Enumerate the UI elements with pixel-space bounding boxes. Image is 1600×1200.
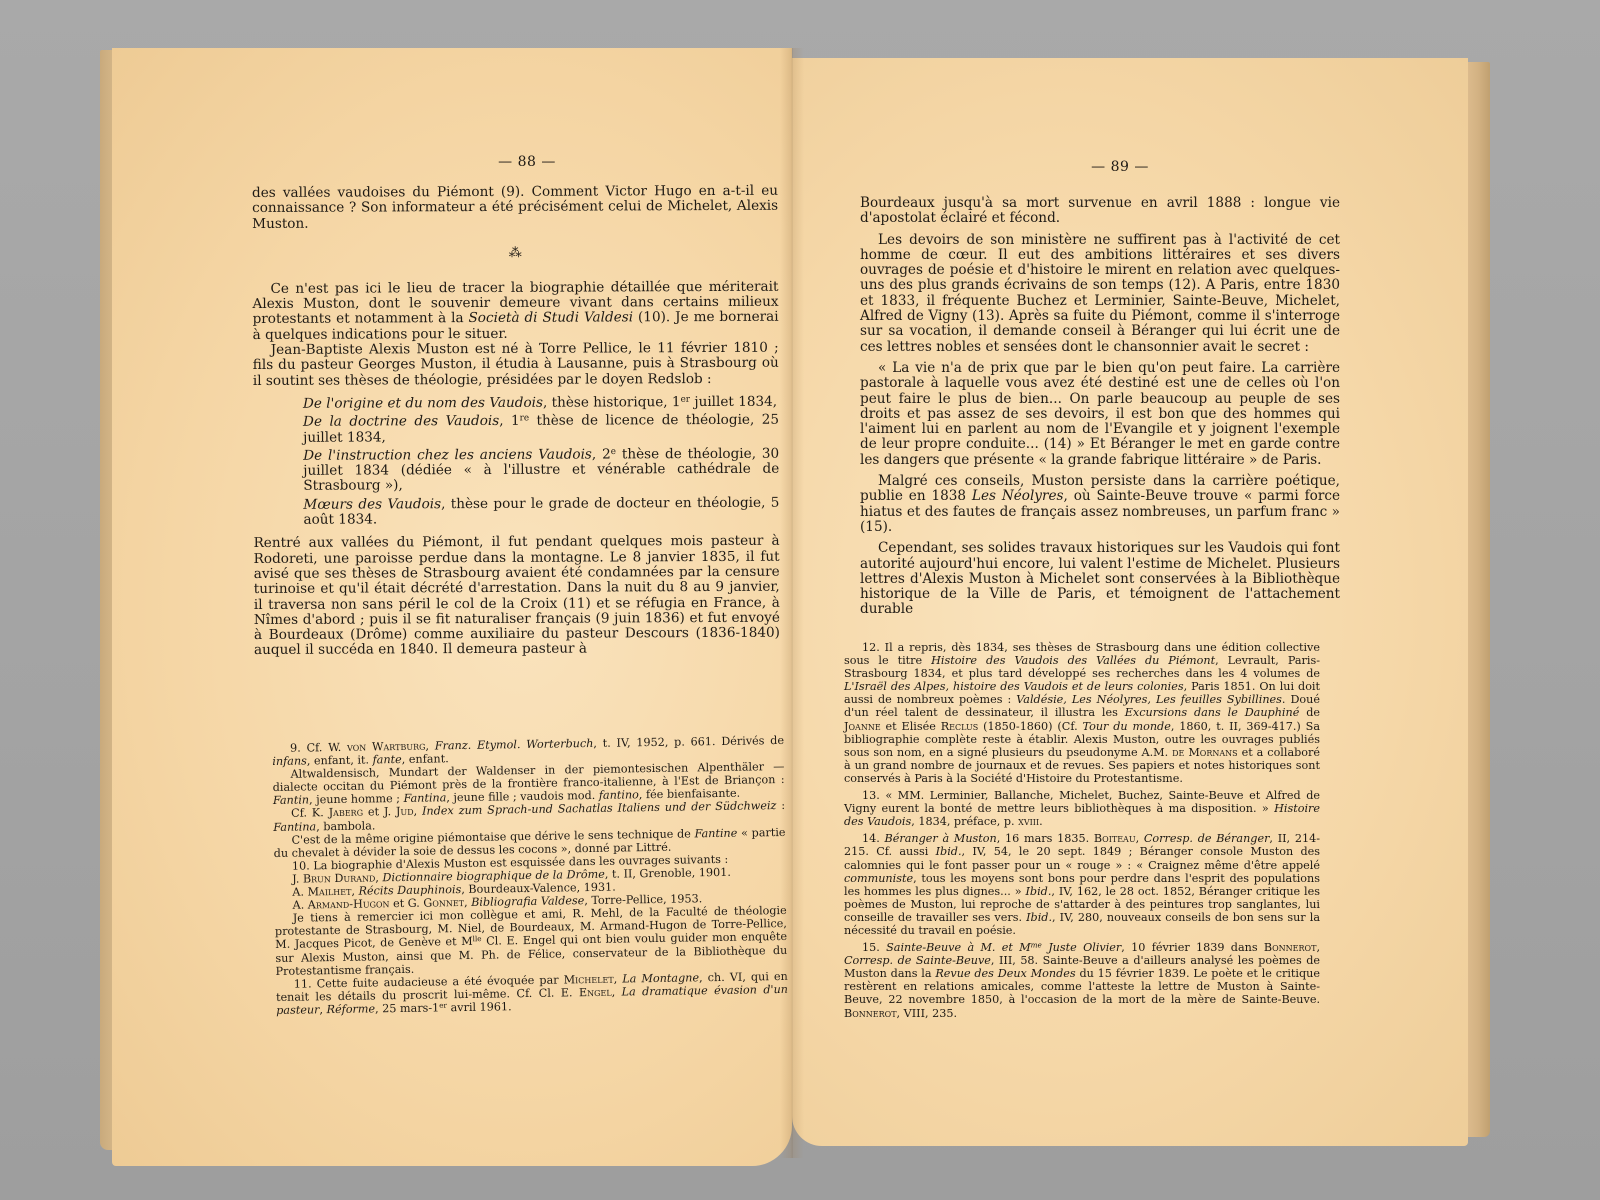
right-footnotes: 12. Il a repris, dès 1834, ses thèses de…	[844, 641, 1320, 1020]
beranger-quote: « La vie n'a de prix que par le bien qu'…	[860, 361, 1340, 468]
thesis-list: De l'origine et du nom des Vaudois, thès…	[303, 395, 780, 528]
section-break-asterism: ⁂	[252, 248, 778, 260]
opening-paragraph: des vallées vaudoises du Piémont (9). Co…	[252, 184, 778, 232]
footnote-15: 15. Sainte-Beuve à M. et Mme Juste Olivi…	[844, 941, 1320, 1020]
thesis-item: Mœurs des Vaudois, thèse pour le grade d…	[303, 495, 779, 528]
paragraph-death: Bourdeaux jusqu'à sa mort survenue en av…	[860, 196, 1340, 227]
footnote-10-thanks: Je tiens à remercier ici mon collègue et…	[275, 904, 788, 978]
left-page: — 88 — des vallées vaudoises du Piémont …	[112, 48, 792, 1166]
footnote-12: 12. Il a repris, dès 1834, ses thèses de…	[844, 641, 1320, 785]
footnote-11: 11. Cette fuite audacieuse a été évoquée…	[276, 970, 789, 1017]
paragraph-michelet-letters: Cependant, ses solides travaux historiqu…	[860, 541, 1340, 617]
paragraph-exile: Rentré aux vallées du Piémont, il fut pe…	[254, 534, 781, 659]
footnote-14: 14. Béranger à Muston, 16 mars 1835. Boi…	[844, 832, 1320, 937]
paragraph-neolyres: Malgré ces conseils, Muston persiste dan…	[860, 474, 1340, 535]
left-main-text: des vallées vaudoises du Piémont (9). Co…	[252, 184, 780, 659]
right-page: — 89 — Bourdeaux jusqu'à sa mort survenu…	[792, 58, 1468, 1146]
paragraph-literary-ambitions: Les devoirs de son ministère ne suffiren…	[860, 233, 1340, 355]
thesis-item: De l'origine et du nom des Vaudois, thès…	[303, 395, 779, 412]
page-number-89: — 89 —	[792, 159, 1468, 175]
page-number-88: — 88 —	[112, 154, 792, 170]
thesis-item: De l'instruction chez les anciens Vaudoi…	[303, 447, 779, 495]
left-footnotes: 9. Cf. W. von Wartburg, Franz. Etymol. W…	[272, 734, 788, 1017]
right-main-text: Bourdeaux jusqu'à sa mort survenue en av…	[860, 196, 1340, 618]
footnote-13: 13. « MM. Lerminier, Ballanche, Michelet…	[844, 789, 1320, 828]
paragraph-birth: Jean-Baptiste Alexis Muston est né à Tor…	[253, 341, 779, 389]
thesis-item: De la doctrine des Vaudois, 1re thèse de…	[303, 413, 779, 446]
paragraph-biography-intro: Ce n'est pas ici le lieu de tracer la bi…	[252, 280, 778, 343]
